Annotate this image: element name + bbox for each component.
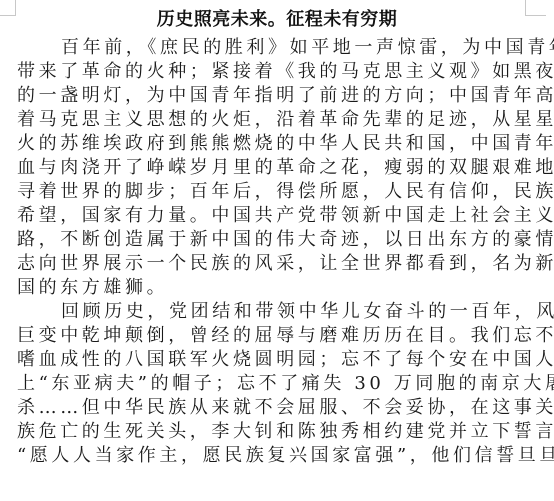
text-line: 嗜血成性的八国联军火烧圆明园；忘不了每个安在中国人头 [17,348,527,372]
text-line: 的一盏明灯，为中国青年指明了前进的方向；中国青年高举 [17,84,527,108]
text-line: 国的东方雄狮。 [17,276,527,300]
text-line: 火的苏维埃政府到熊熊燃烧的中华人民共和国，中国青年用 [17,132,527,156]
text-line: 路，不断创造属于新中国的伟大奇迹，以日出东方的豪情壮 [17,228,527,252]
text-line: 志向世界展示一个民族的风采，让全世界都看到，名为新中 [17,252,527,276]
paragraph-2: 回顾历史，党团结和带领中华儿女奋斗的一百年，风云 巨变中乾坤颠倒，曾经的屈辱与磨… [17,300,527,468]
document-body: 百年前，《庶民的胜利》如平地一声惊雷，为中国青年 带来了革命的火种；紧接着《我的… [17,36,527,468]
text-line: 杀……但中华民族从来就不会屈服、不会妥协，在这事关民 [17,396,527,420]
text-line: 寻着世界的脚步；百年后，得偿所愿，人民有信仰，民族有 [17,180,527,204]
text-line: 带来了革命的火种；紧接着《我的马克思主义观》如黑夜中 [17,60,527,84]
text-line: 回顾历史，党团结和带领中华儿女奋斗的一百年，风云 [17,300,527,324]
text-line: 血与肉浇开了峥嵘岁月里的革命之花，瘦弱的双腿艰难地追 [17,156,527,180]
text-line: 巨变中乾坤颠倒，曾经的屈辱与磨难历历在目。我们忘不了 [17,324,527,348]
text-line: “愿人人当家作主，愿民族复兴国家富强”，他们信誓旦旦、 [17,444,527,468]
paragraph-1: 百年前，《庶民的胜利》如平地一声惊雷，为中国青年 带来了革命的火种；紧接着《我的… [17,36,527,300]
document-title: 历史照亮未来。征程未有穷期 [0,8,554,32]
text-line: 族危亡的生死关头，李大钊和陈独秀相约建党并立下誓言 [17,420,527,444]
text-line: 着马克思主义思想的火炬，沿着革命先辈的足迹，从星星之 [17,108,527,132]
document-page: 历史照亮未来。征程未有穷期 百年前，《庶民的胜利》如平地一声惊雷，为中国青年 带… [0,0,554,501]
text-line: 希望，国家有力量。中国共产党带领新中国走上社会主义道 [17,204,527,228]
text-line: 百年前，《庶民的胜利》如平地一声惊雷，为中国青年 [17,36,527,60]
text-line: 上“东亚病夫”的帽子；忘不了痛失 30 万同胞的南京大屠 [17,372,527,396]
